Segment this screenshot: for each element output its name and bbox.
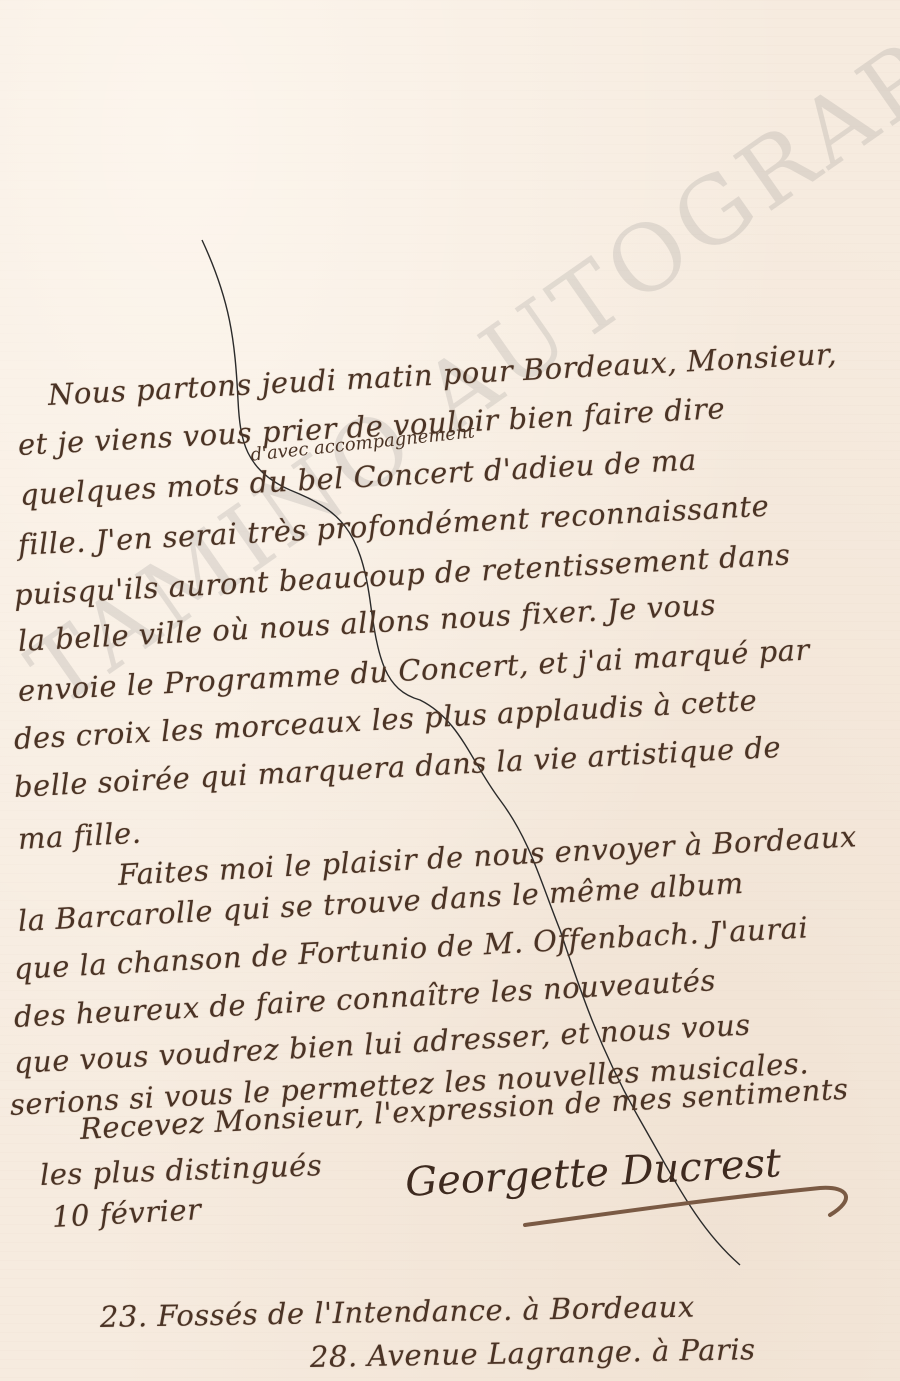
signature-flourish	[520, 1180, 860, 1240]
letter-line: ma fille.	[17, 816, 142, 856]
